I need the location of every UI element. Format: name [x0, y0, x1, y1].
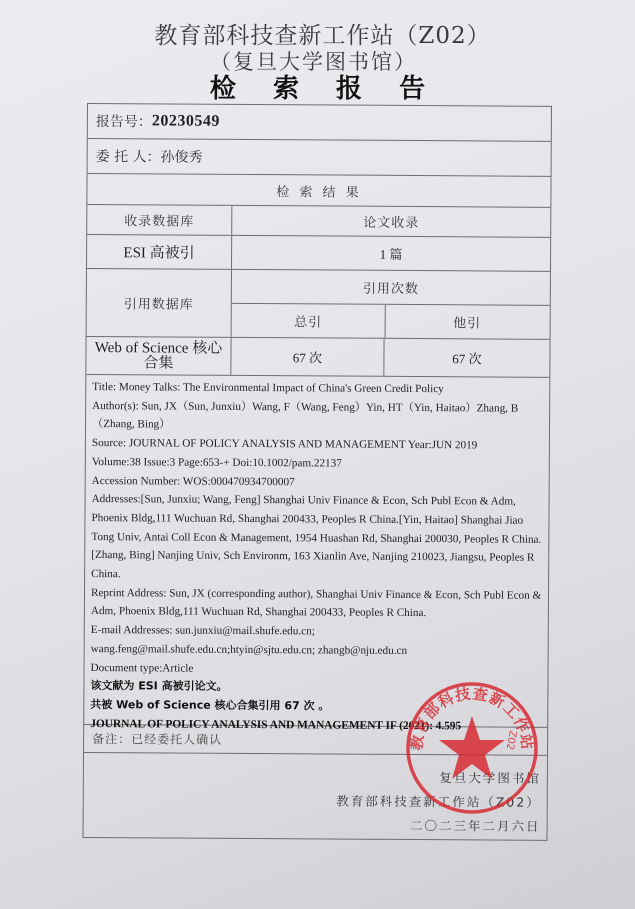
document-title: 检 索 报 告 [14, 74, 635, 104]
client-name: 孙俊秀 [161, 146, 203, 166]
signature-station: 教育部科技查新工作站（Z02） [336, 790, 541, 815]
results-heading: 检 索 结 果 [87, 174, 550, 207]
report-number-label: 报告号： [96, 111, 152, 131]
inclusion-value-header: 论文收录 [232, 206, 550, 237]
citation-count-header: 引用次数 [232, 270, 550, 306]
inclusion-header-row: 收录数据库 论文收录 [87, 205, 550, 238]
paper-email-2: wang.feng@mail.shufe.edu.cn;htyin@sjtu.e… [91, 640, 542, 661]
results-heading-row: 检 索 结 果 [87, 174, 550, 208]
inclusion-db-header: 收录数据库 [87, 205, 232, 235]
document-header: 教育部科技查新工作站（Z02） （复旦大学图书馆） 检 索 报 告 [0, 22, 635, 104]
paper-reprint: Reprint Address: Sun, JX (corresponding … [91, 584, 542, 624]
paper-volume: Volume:38 Issue:3 Page:653-+ Doi:10.1002… [92, 453, 543, 474]
signature-date: 二〇二三年二月六日 [336, 814, 541, 839]
station-name: 教育部科技查新工作站（Z02） [10, 22, 635, 50]
signature-block: 复旦大学图书馆 教育部科技查新工作站（Z02） 二〇二三年二月六日 [336, 766, 541, 839]
report-table: 报告号： 20230549 委 托 人： 孙俊秀 检 索 结 果 收录数据库 论… [83, 103, 552, 841]
client-row: 委 托 人： 孙俊秀 [88, 139, 551, 177]
inclusion-value: 1 篇 [232, 236, 550, 271]
paper-authors: Author(s): Sun, JX（Sun, Junxiu）Wang, F（W… [92, 397, 543, 437]
signature-library: 复旦大学图书馆 [336, 766, 541, 791]
citation-other: 67 次 [384, 339, 549, 377]
paper-addresses: Addresses:[Sun, Junxiu; Wang, Feng] Shan… [91, 490, 543, 586]
citation-note: 共被 Web of Science 核心合集引用 67 次 。 [90, 696, 541, 717]
citation-total-header: 总引 [232, 304, 386, 338]
citation-total: 67 次 [231, 338, 384, 376]
report-number: 20230549 [152, 112, 220, 130]
citation-header-row: 引用数据库 引用次数 总引 他引 [87, 269, 550, 340]
citation-other-header: 他引 [385, 305, 550, 339]
paper-source: Source: JOURNAL OF POLICY ANALYSIS AND M… [92, 434, 543, 455]
citation-row: Web of Science 核心合集 67 次 67 次 [86, 337, 549, 378]
paper-email-1: E-mail Addresses: sun.junxiu@mail.shufe.… [91, 621, 542, 642]
library-name: （复旦大学图书馆） [0, 50, 635, 74]
remarks: 备注：已经委托人确认 [84, 725, 547, 756]
report-number-row: 报告号： 20230549 [88, 104, 551, 142]
citation-db: Web of Science 核心合集 [86, 337, 231, 375]
paper-details: Title: Money Talks: The Environmental Im… [84, 375, 549, 728]
inclusion-row: ESI 高被引 1 篇 [87, 235, 550, 272]
paper-title: Title: Money Talks: The Environmental Im… [92, 378, 543, 399]
citation-db-header: 引用数据库 [87, 269, 232, 337]
client-label: 委 托 人： [96, 146, 161, 166]
inclusion-db: ESI 高被引 [87, 235, 232, 269]
